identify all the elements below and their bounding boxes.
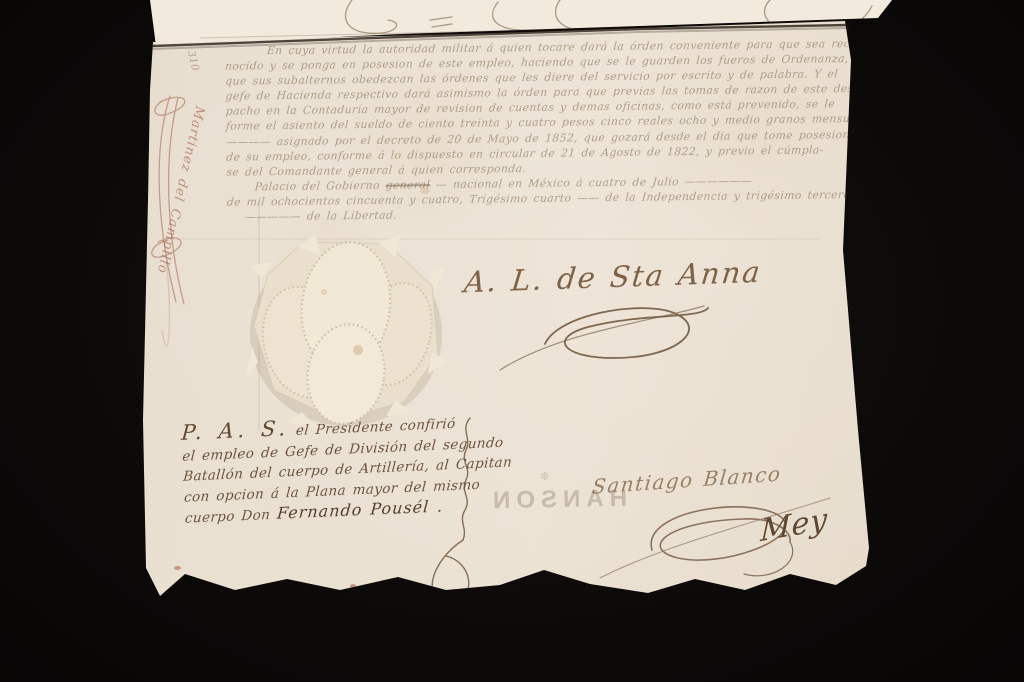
stain-speck xyxy=(420,188,430,194)
photograph-of-document: En cuya virtud la autoridad militar á qu… xyxy=(0,0,1024,682)
margin-flourish xyxy=(0,0,1024,682)
stain-speck xyxy=(350,584,356,588)
stain-speck xyxy=(174,566,181,570)
document-page: En cuya virtud la autoridad militar á qu… xyxy=(0,0,1024,682)
